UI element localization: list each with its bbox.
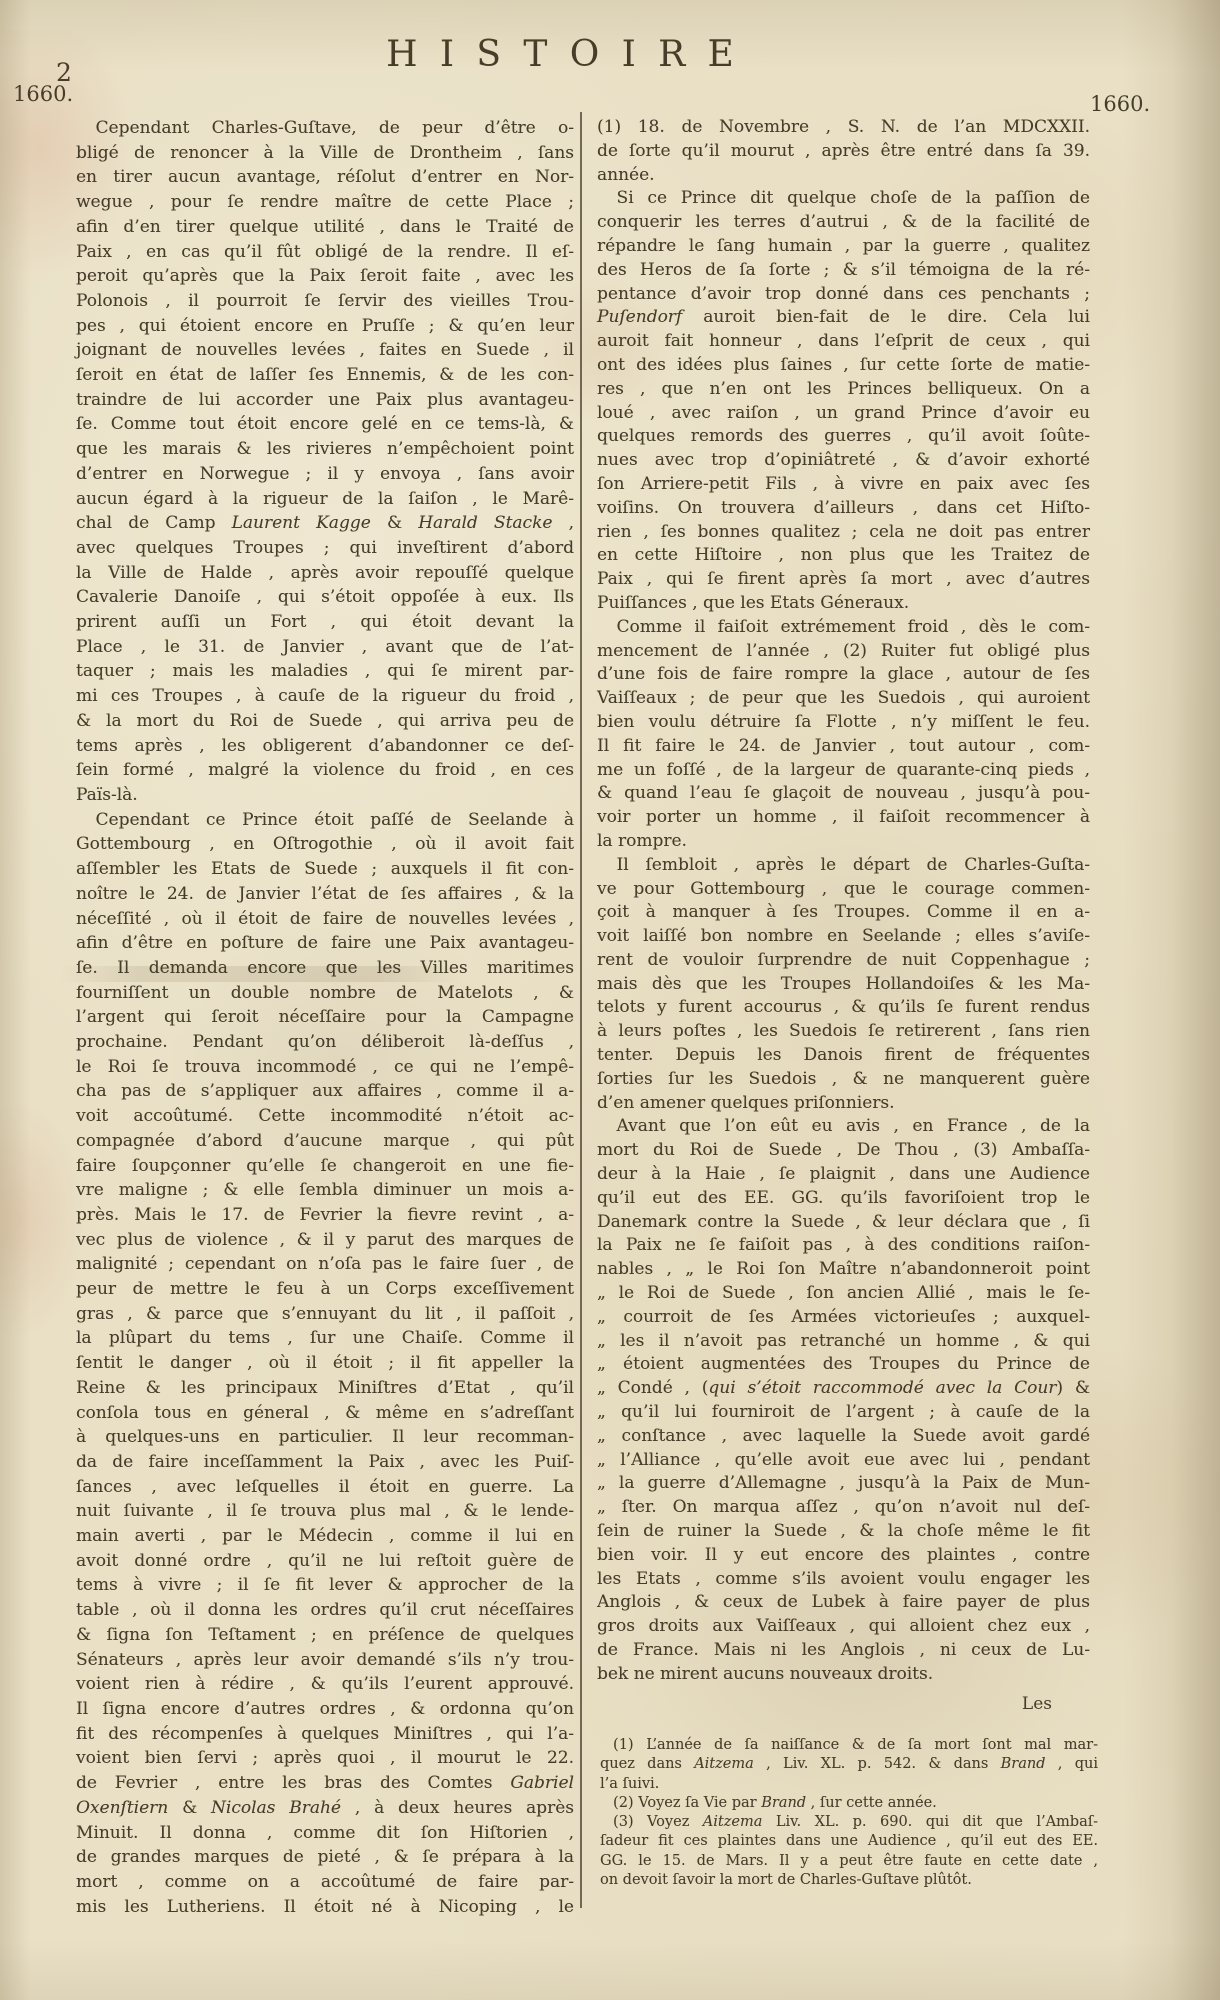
text-line: „ qu’il lui fourniroit de l’argent ; à c… xyxy=(597,1401,1090,1425)
text-line: Si ce Prince dit quelque choſe de la paſ… xyxy=(597,187,1090,211)
paragraph: Cependant ce Prince étoit paſſé de Seela… xyxy=(76,808,574,1920)
text-line: mort du Roi de Suede , De Thou , (3) Amb… xyxy=(597,1139,1090,1163)
text-line: afin d’en tirer quelque utilité , dans l… xyxy=(76,215,574,240)
text-line: malignité ; cependant on n’oſa pas le fa… xyxy=(76,1252,574,1277)
column-divider xyxy=(580,112,582,1908)
text-line: Anglois , & ceux de Lubek à faire payer … xyxy=(597,1591,1090,1615)
paragraph: Comme il faiſoit extrémement froid , dès… xyxy=(597,616,1090,854)
text-line: „ conſtance , avec laquelle la Suede avo… xyxy=(597,1425,1090,1449)
text-line: ſe. Il demanda encore que les Villes mar… xyxy=(76,956,574,981)
text-line: conſola tous en géneral , & même en s’ad… xyxy=(76,1401,574,1426)
text-line: avec quelques Troupes ; qui inveſtirent … xyxy=(76,536,574,561)
text-line: ve pour Gottembourg , que le courage com… xyxy=(597,878,1090,902)
paragraph: Cependant Charles-Guſtave, de peur d’êtr… xyxy=(76,116,574,808)
text-line: à leurs poſtes , les Suedois ſe retirere… xyxy=(597,1020,1090,1044)
text-line: tenter. Depuis les Danois firent de fréq… xyxy=(597,1044,1090,1068)
text-line: ſe. Comme tout étoit encore gelé en ce t… xyxy=(76,412,574,437)
text-line: quelques remords des guerres , qu’il avo… xyxy=(597,425,1090,449)
text-line: main averti , par le Médecin , comme il … xyxy=(76,1524,574,1549)
text-line: Vaiſſeaux ; de peur que les Suedois , qu… xyxy=(597,687,1090,711)
text-line: la rompre. xyxy=(597,830,1090,854)
text-line: que les marais & les rivieres n’empêchoi… xyxy=(76,437,574,462)
text-line: „ Condé , (qui s’étoit raccommodé avec l… xyxy=(597,1377,1090,1401)
text-line: pes , qui étoient encore en Pruſſe ; & q… xyxy=(76,314,574,339)
text-line: Gottembourg , en Oſtrogothie , où il avo… xyxy=(76,832,574,857)
text-line: ſorties ſur les Suedois , & ne manqueren… xyxy=(597,1068,1090,1092)
text-line: Danemark contre la Suede , & leur déclar… xyxy=(597,1211,1090,1235)
text-line: de ſorte qu’il mourut , après être entré… xyxy=(597,140,1090,164)
text-line: çoit à manquer à ſes Troupes. Comme il e… xyxy=(597,901,1090,925)
footnotes: (1) L’année de ſa naiſſance & de ſa mort… xyxy=(600,1736,1098,1890)
text-line: d’en amener quelques priſonniers. xyxy=(597,1092,1090,1116)
text-line: Paix , qui ſe firent après ſa mort , ave… xyxy=(597,568,1090,592)
text-line: faire ſoupçonner qu’elle ſe changeroit e… xyxy=(76,1154,574,1179)
text-line: de grandes marques de pieté , & ſe prépa… xyxy=(76,1845,574,1870)
text-line: près. Mais le 17. de Fevrier la fievre r… xyxy=(76,1203,574,1228)
text-line: Avant que l’on eût eu avis , en France ,… xyxy=(597,1115,1090,1139)
text-line: gras , & parce que s’ennuyant du lit , i… xyxy=(76,1302,574,1327)
text-line: mort , comme on a accoûtumé de faire par… xyxy=(76,1870,574,1895)
text-line: les Etats , comme s’ils avoient voulu en… xyxy=(597,1568,1090,1592)
paragraph: (3) Voyez Aitzema Liv. XL. p. 690. qui d… xyxy=(600,1813,1098,1890)
text-line: Cavalerie Danoiſe , qui s’étoit oppoſée … xyxy=(76,585,574,610)
text-line: en tirer aucun avantage, réſolut d’entre… xyxy=(76,165,574,190)
text-line: tems après , les obligerent d’abandonner… xyxy=(76,734,574,759)
paragraph: Il ſembloit , après le départ de Charles… xyxy=(597,854,1090,1116)
text-line: bien voulu détruire ſa Flotte , n’y miſſ… xyxy=(597,711,1090,735)
text-line: rien , ſes bonnes qualitez ; cela ne doi… xyxy=(597,521,1090,545)
text-line: aſſembler les Etats de Suede ; auxquels … xyxy=(76,857,574,882)
text-line: Oxenſtiern & Nicolas Brahé , à deux heur… xyxy=(76,1796,574,1821)
text-line: (3) Voyez Aitzema Liv. XL. p. 690. qui d… xyxy=(600,1813,1098,1832)
text-line: cha pas de s’appliquer aux affaires , co… xyxy=(76,1079,574,1104)
text-line: ſeroit en état de laſſer ſes Ennemis, & … xyxy=(76,363,574,388)
text-line: rent de vouloir ſurprendre de nuit Coppe… xyxy=(597,949,1090,973)
text-line: Il ſigna encore d’autres ordres , & ordo… xyxy=(76,1697,574,1722)
text-line: bien voir. Il y eut encore des plaintes … xyxy=(597,1544,1090,1568)
text-line: (1) L’année de ſa naiſſance & de ſa mort… xyxy=(600,1736,1098,1755)
page-title: HISTOIRE xyxy=(330,34,790,75)
text-line: Païs-là. xyxy=(76,783,574,808)
text-line: peur de mettre le feu à un Corps exceſſi… xyxy=(76,1277,574,1302)
margin-year-right: 1660. xyxy=(1090,92,1150,116)
text-line: res , que n’en ont les Princes belliqueu… xyxy=(597,378,1090,402)
text-line: peroit qu’après que la Paix ſeroit faite… xyxy=(76,264,574,289)
text-line: Puiſſances , que les Etats Géneraux. xyxy=(597,592,1090,616)
text-line: voir porter un homme , il faiſoit recomm… xyxy=(597,806,1090,830)
text-line: année. xyxy=(597,164,1090,188)
text-line: prochaine. Pendant qu’on déliberoit là-d… xyxy=(76,1030,574,1055)
text-line: fit des récompenſes à quelques Miniſtres… xyxy=(76,1722,574,1747)
text-line: voiſins. On trouvera d’ailleurs , dans c… xyxy=(597,497,1090,521)
text-line: chal de Camp Laurent Kagge & Harald Stac… xyxy=(76,511,574,536)
text-line: à quelques-uns en particulier. Il leur r… xyxy=(76,1425,574,1450)
text-line: joignant de nouvelles levées , faites en… xyxy=(76,338,574,363)
text-line: gros droits aux Vaiſſeaux , qui alloient… xyxy=(597,1615,1090,1639)
text-line: des Heros de ſa ſorte ; & s’il témoigna … xyxy=(597,259,1090,283)
text-line: „ le Roi de Suede , ſon ancien Allié , m… xyxy=(597,1282,1090,1306)
text-line: voit laiſſé bon nombre en Seelande ; ell… xyxy=(597,925,1090,949)
text-line: on devoit ſavoir la mort de Charles-Guſt… xyxy=(600,1871,1098,1890)
text-line: voient rien à rédire , & qu’ils l’eurent… xyxy=(76,1672,574,1697)
text-line: Reine & les principaux Miniſtres d’Etat … xyxy=(76,1376,574,1401)
text-line: Minuit. Il donna , comme dit ſon Hiſtori… xyxy=(76,1821,574,1846)
text-line: nuit ſuivante , il ſe trouva plus mal , … xyxy=(76,1499,574,1524)
book-page: 2 HISTOIRE 1660. 1660. Cependant Charles… xyxy=(0,0,1220,2000)
text-line: Comme il faiſoit extrémement froid , dès… xyxy=(597,616,1090,640)
text-line: Polonois , il pourroit ſe ſervir des vie… xyxy=(76,289,574,314)
text-line: ſadeur fit ces plaintes dans une Audienc… xyxy=(600,1832,1098,1851)
text-line: table , où il donna les ordres qu’il cru… xyxy=(76,1598,574,1623)
text-line: l’argent qui ſeroit néceſſaire pour la C… xyxy=(76,1005,574,1030)
paragraph: Si ce Prince dit quelque choſe de la paſ… xyxy=(597,187,1090,615)
text-line: voient bien ſervi ; après quoi , il mour… xyxy=(76,1746,574,1771)
text-line: Sénateurs , après leur avoir demandé s’i… xyxy=(76,1648,574,1673)
text-line: néceſſité , où il étoit de faire de nouv… xyxy=(76,907,574,932)
right-column: (1) 18. de Novembre , S. N. de l’an MDCX… xyxy=(597,116,1090,1687)
text-line: „ étoient augmentées des Troupes du Prin… xyxy=(597,1353,1090,1377)
text-line: „ les il n’avoit pas retranché un homme … xyxy=(597,1330,1090,1354)
text-line: Il ſembloit , après le départ de Charles… xyxy=(597,854,1090,878)
text-line: quez dans Aitzema , Liv. XL. p. 542. & d… xyxy=(600,1755,1098,1774)
text-line: ſein formé , malgré la violence du froid… xyxy=(76,758,574,783)
text-line: en cette Hiſtoire , non plus que les Tra… xyxy=(597,544,1090,568)
text-line: Place , le 31. de Janvier , avant que de… xyxy=(76,635,574,660)
text-line: la plûpart du tems , ſur une Chaiſe. Com… xyxy=(76,1326,574,1351)
text-line: qu’il eut des EE. GG. qu’ils favoriſoien… xyxy=(597,1187,1090,1211)
text-line: da de faire inceſſamment la Paix , avec … xyxy=(76,1450,574,1475)
paragraph: Avant que l’on eût eu avis , en France ,… xyxy=(597,1115,1090,1686)
text-line: & ſigna ſon Teſtament ; en préſence de q… xyxy=(76,1623,574,1648)
text-line: de France. Mais ni les Anglois , ni ceux… xyxy=(597,1639,1090,1663)
text-line: Cependant ce Prince étoit paſſé de Seela… xyxy=(76,808,574,833)
text-line: prirent auſſi un Fort , qui étoit devant… xyxy=(76,610,574,635)
text-line: la Ville de Halde , après avoir repouſſé… xyxy=(76,561,574,586)
paragraph: (1) L’année de ſa naiſſance & de ſa mort… xyxy=(600,1736,1098,1794)
text-line: ſon Arriere-petit Fils , à vivre en paix… xyxy=(597,473,1090,497)
text-line: telots y furent accourus , & qu’ils ſe f… xyxy=(597,996,1090,1020)
text-line: ſein de ruiner la Suede , & la choſe mêm… xyxy=(597,1520,1090,1544)
text-line: & quand l’eau ſe glaçoit de nouveau , ju… xyxy=(597,782,1090,806)
text-line: répandre le ſang humain , par la guerre … xyxy=(597,235,1090,259)
text-line: mais dès que les Troupes Hollandoiſes & … xyxy=(597,973,1090,997)
paragraph: (2) Voyez ſa Vie par Brand , ſur cette a… xyxy=(600,1794,1098,1813)
text-line: avoit donné ordre , qu’il ne lui reſtoit… xyxy=(76,1549,574,1574)
left-column: Cependant Charles-Guſtave, de peur d’êtr… xyxy=(76,116,574,1919)
text-line: pentance d’avoir trop donné dans ces pen… xyxy=(597,283,1090,307)
text-line: ont des idées plus ſaines , ſur cette ſo… xyxy=(597,354,1090,378)
text-line: d’une fois de faire rompre la glace , au… xyxy=(597,663,1090,687)
text-line: noître le 24. de Janvier l’état de ſes a… xyxy=(76,882,574,907)
text-line: l’a ſuivi. xyxy=(600,1775,1098,1794)
text-line: wegue , pour ſe rendre maître de cette P… xyxy=(76,190,574,215)
text-line: bek ne mirent aucuns nouveaux droits. xyxy=(597,1663,1090,1687)
text-line: GG. le 15. de Mars. Il y a peut être fau… xyxy=(600,1852,1098,1871)
text-line: d’entrer en Norwegue ; il y envoya , ſan… xyxy=(76,462,574,487)
catchword: Les xyxy=(597,1694,1090,1714)
text-line: Cependant Charles-Guſtave, de peur d’êtr… xyxy=(76,116,574,141)
text-line: compagnée d’abord d’aucune marque , qui … xyxy=(76,1129,574,1154)
text-line: (2) Voyez ſa Vie par Brand , ſur cette a… xyxy=(600,1794,1098,1813)
text-line: le Roi ſe trouva incommodé , ce qui ne l… xyxy=(76,1055,574,1080)
text-line: vre maligne ; & elle ſembla diminuer un … xyxy=(76,1178,574,1203)
text-line: nables , „ le Roi ſon Maître n’abandonne… xyxy=(597,1258,1090,1282)
text-line: ſances , avec leſquelles il étoit en gue… xyxy=(76,1475,574,1500)
paragraph: (1) 18. de Novembre , S. N. de l’an MDCX… xyxy=(597,116,1090,187)
text-line: ſentit le danger , où il étoit ; il fit … xyxy=(76,1351,574,1376)
text-line: Il fit faire le 24. de Janvier , tout au… xyxy=(597,735,1090,759)
text-line: de Fevrier , entre les bras des Comtes G… xyxy=(76,1771,574,1796)
text-line: mencement de l’année , (2) Ruiter fut ob… xyxy=(597,640,1090,664)
text-line: mi ces Troupes , à cauſe de la rigueur d… xyxy=(76,684,574,709)
text-line: taquer ; mais les maladies , qui ſe mire… xyxy=(76,659,574,684)
text-line: (1) 18. de Novembre , S. N. de l’an MDCX… xyxy=(597,116,1090,140)
text-line: auroit fait honneur , dans l’eſprit de c… xyxy=(597,330,1090,354)
text-line: la Paix ne ſe faiſoit pas , à des condit… xyxy=(597,1234,1090,1258)
text-line: aucun égard à la rigueur de la ſaiſon , … xyxy=(76,487,574,512)
text-line: „ ſter. On marqua aſſez , qu’on n’avoit … xyxy=(597,1496,1090,1520)
text-line: traindre de lui accorder une Paix plus a… xyxy=(76,388,574,413)
text-line: tems à vivre ; il ſe fit lever & approch… xyxy=(76,1573,574,1598)
text-line: Puſendorf auroit bien-fait de le dire. C… xyxy=(597,306,1090,330)
text-line: „ la guerre d’Allemagne , jusqu’à la Pai… xyxy=(597,1472,1090,1496)
text-line: & la mort du Roi de Suede , qui arriva p… xyxy=(76,709,574,734)
text-line: afin d’être en poſture de faire une Paix… xyxy=(76,931,574,956)
text-line: vec plus de violence , & il y parut des … xyxy=(76,1228,574,1253)
text-line: voit accoûtumé. Cette incommodité n’étoi… xyxy=(76,1104,574,1129)
text-line: bligé de renoncer à la Ville de Dronthei… xyxy=(76,141,574,166)
text-line: me un foſſé , de la largeur de quarante-… xyxy=(597,759,1090,783)
text-line: conquerir les terres d’autrui , & de la … xyxy=(597,211,1090,235)
text-line: mis les Lutheriens. Il étoit né à Nicopi… xyxy=(76,1895,574,1920)
text-line: deur à la Haie , ſe plaignit , dans une … xyxy=(597,1163,1090,1187)
text-line: „ courroit de ſes Armées victorieuſes ; … xyxy=(597,1306,1090,1330)
margin-year-left: 1660. xyxy=(13,82,73,106)
text-line: nues avec trop d’opiniâtreté , & d’avoir… xyxy=(597,449,1090,473)
text-line: loué , avec raiſon , un grand Prince d’a… xyxy=(597,402,1090,426)
text-line: fourniſſent un double nombre de Matelots… xyxy=(76,981,574,1006)
text-line: Paix , en cas qu’il fût obligé de la ren… xyxy=(76,240,574,265)
text-line: „ l’Alliance , qu’elle avoit eue avec lu… xyxy=(597,1449,1090,1473)
